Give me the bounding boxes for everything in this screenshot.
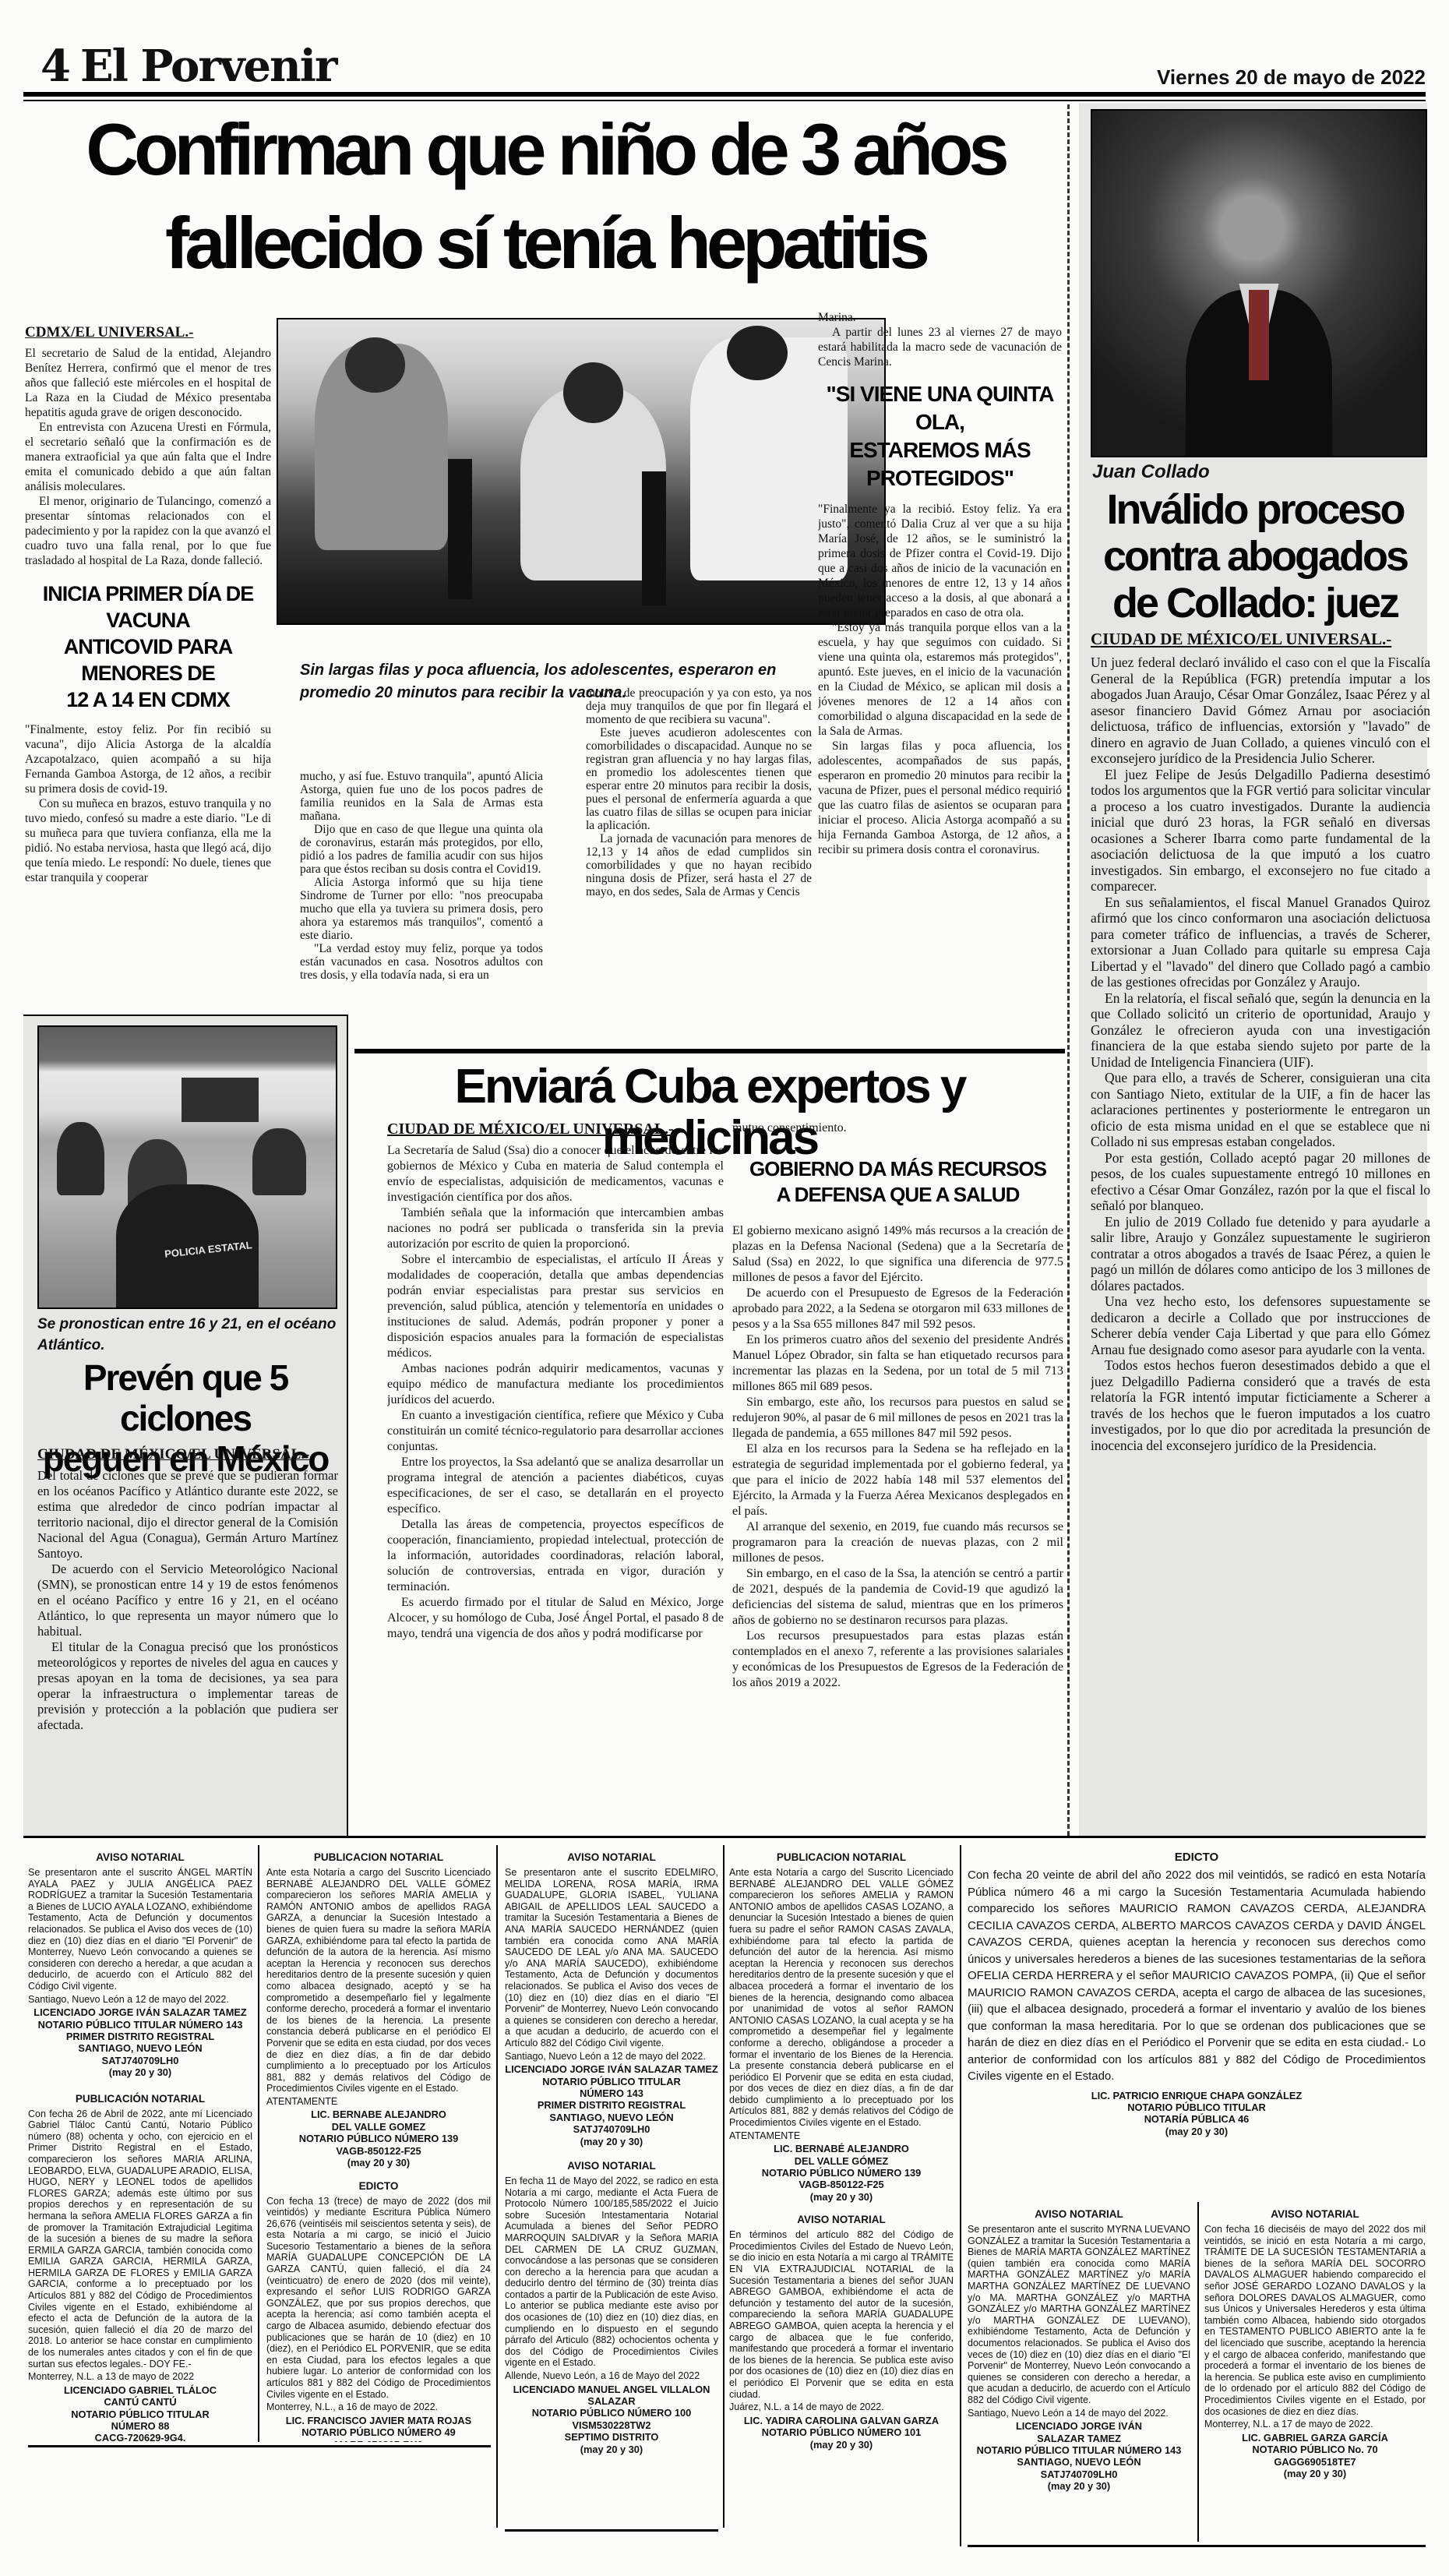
main-headline-line1: Confirman que niño de 3 años (31, 104, 1059, 195)
text-line: NOTARIO PÚBLICO NÚMERO 139 (729, 2167, 954, 2179)
wading-figure-silhouette (57, 1122, 104, 1195)
text-line: LIC. YADIRA CAROLINA GALVAN GARZA (729, 2415, 954, 2426)
main-headline-line2: fallecido sí tenía hepatitis (31, 198, 1059, 288)
collado-headline-line: de Collado: juez (1083, 580, 1427, 626)
text-line: VISM530228TW2 (505, 2419, 718, 2431)
head-silhouette (345, 337, 406, 392)
window-shape (182, 1078, 259, 1123)
text-line: NOTARIO PÚBLICO TITULAR NÚMERO 143 (968, 2444, 1190, 2456)
text-line: Que para ello, a través de Scherer, cons… (1091, 1070, 1430, 1150)
text-line: Se presentaron ante el suscrito MYRNA LU… (968, 2224, 1190, 2406)
text-line: En cuanto a investigación científica, re… (387, 1408, 724, 1455)
text-line: Este jueves acudieron adolescentes con c… (586, 726, 812, 832)
text-line: Sobre el intercambio de especialistas, e… (387, 1252, 724, 1361)
text-line: En fecha 11 de Mayo del 2022, se radico … (505, 2175, 718, 2369)
notice-col4: PUBLICACION NOTARIAL Ante esta Notaría a… (729, 1845, 954, 2525)
notice-bottom-rule (968, 2545, 1426, 2547)
text-line: NOTARIO PÚBLICO No. 70 (1204, 2444, 1426, 2455)
notice-body: Ante esta Notaría a cargo del Suscrito L… (266, 1867, 491, 2107)
text-line: LICENCIADO GABRIEL TLÁLOC (28, 2384, 252, 2396)
notice-col3: AVISO NOTARIAL Se presentaron ante el su… (505, 1845, 718, 2525)
text-line: Todos estos hechos fueron desestimados d… (1091, 1357, 1430, 1453)
classifieds-divider (496, 1845, 498, 2528)
text-line: El titular de la Conagua precisó que los… (37, 1639, 338, 1733)
text-line: El alza en los recursos para la Sedena s… (732, 1442, 1063, 1519)
notice-wide-edicto: EDICTO Con fecha 20 veinte de abril del … (968, 1845, 1426, 2197)
text-line: ANTICOVID PARA MENORES DE (25, 633, 271, 686)
text-line: Monterrey, N.L. a 13 de mayo de 2022 (28, 2371, 252, 2383)
text-line: VAGB-850122-F25 (729, 2179, 954, 2190)
text-line: LIC. BERNABE ALEJANDRO (266, 2108, 491, 2120)
text-line: mucho, y así fue. Estuvo tranquila", apu… (300, 770, 543, 823)
notice-body: Se presentaron ante el suscrito ÁNGEL MA… (28, 1867, 252, 2005)
collado-headline: Inválido proceso contra abogados de Coll… (1083, 486, 1427, 628)
text-line: Entre los proyectos, la Ssa adelantó que… (387, 1455, 724, 1517)
notice-header: AVISO NOTARIAL (505, 1851, 718, 1864)
police-jacket-text: POLICIA ESTATAL (164, 1239, 253, 1260)
text-line: Sin largas filas y poca afluencia, los a… (818, 739, 1062, 857)
collado-headline-line: contra abogados (1083, 533, 1427, 580)
text-line: Un juez federal declaró inválido el caso… (1091, 655, 1430, 767)
text-line: Sin embargo, en el caso de la Ssa, la at… (732, 1566, 1063, 1629)
text-line: NOTARIO PÚBLICO TITULAR (28, 2408, 252, 2420)
police-officer-silhouette: POLICIA ESTATAL (116, 1184, 259, 1309)
hepatitis-col2: mucho, y así fue. Estuvo tranquila", apu… (300, 770, 543, 1046)
text-line: DEL VALLE GÓMEZ (729, 2155, 954, 2167)
text-line: SALAZAR TAMEZ (968, 2433, 1190, 2444)
text-line: ESTAREMOS MÁS PROTEGIDOS" (818, 436, 1062, 492)
text-line: Ambas naciones podrán adquirir medicamen… (387, 1361, 724, 1408)
text-line: (may 20 y 30) (505, 2444, 718, 2455)
vaccine-subhead: INICIA PRIMER DÍA DE VACUNAANTICOVID PAR… (25, 580, 271, 713)
text-line: La Secretaría de Salud (Ssa) dio a conoc… (387, 1143, 724, 1205)
cyclones-dateline: CIUDAD DE MÉXICO/EL UNIVERSAL.- (37, 1446, 338, 1463)
text-line: (may 20 y 30) (505, 2136, 718, 2147)
text-line: NOTARIO PÚBLICO TITULAR (505, 2076, 718, 2087)
notice-body: Con fecha 13 (trece) de mayo de 2022 (do… (266, 2196, 491, 2413)
text-line: A partir del lunes 23 al viernes 27 de m… (818, 325, 1062, 369)
hepatitis-col3: motivo de preocupación y ya con esto, ya… (586, 686, 812, 1046)
text-line: motivo de preocupación y ya con esto, ya… (586, 686, 812, 726)
chair-leg-shape (642, 471, 666, 605)
cuba-colA-text: La Secretaría de Salud (Ssa) dio a conoc… (387, 1143, 724, 1808)
text-line: ATENTAMENTE (729, 2130, 954, 2142)
text-line: En términos del artículo 882 del Código … (729, 2229, 954, 2400)
text-line: GOBIERNO DA MÁS RECURSOS (732, 1156, 1063, 1182)
text-line: Es acuerdo firmado por el titular de Sal… (387, 1595, 724, 1642)
notice-col2: PUBLICACION NOTARIAL Ante esta Notaría a… (266, 1845, 491, 2442)
text-line: En los primeros cuatro años del sexenio … (732, 1332, 1063, 1395)
text-line: En entrevista con Azucena Uresti en Fórm… (25, 420, 271, 494)
text-line: LICENCIADO MANUEL ANGEL VILLALON (505, 2384, 718, 2395)
notice-col5: AVISO NOTARIAL Se presentaron ante el su… (968, 2202, 1190, 2543)
classifieds-top-rule (23, 1836, 1426, 1838)
notice-col1: AVISO NOTARIAL Se presentaron ante el su… (28, 1845, 252, 2442)
text-line: INICIA PRIMER DÍA DE VACUNA (25, 580, 271, 633)
text-line: Allende, Nuevo León, a 16 de Mayo del 20… (505, 2370, 718, 2382)
text-line: CANTÚ CANTÚ (28, 2396, 252, 2408)
notice-header: EDICTO (968, 1851, 1426, 1864)
quinta-ola-subhead: "SI VIENE UNA QUINTA OLA,ESTAREMOS MÁS P… (818, 380, 1062, 492)
text-line: Del total de ciclones que se prevé que s… (37, 1468, 338, 1561)
notice-header: AVISO NOTARIAL (968, 2208, 1190, 2221)
text-line: Con fecha 26 de Abril de 2022, ante mí L… (28, 2108, 252, 2370)
text-line: Monterrey, N.L. a 17 de mayo de 2022. (1204, 2419, 1426, 2430)
text-line: Con su muñeca en brazos, estuvo tranquil… (25, 796, 271, 885)
text-line: El gobierno mexicano asignó 149% más rec… (732, 1223, 1063, 1286)
classifieds-divider (258, 1845, 259, 2442)
text-line: Con fecha 20 veinte de abril del año 202… (968, 1867, 1426, 2085)
notice-header: PUBLICACION NOTARIAL (729, 1851, 954, 1864)
notice-header: AVISO NOTARIAL (28, 1851, 252, 1864)
notice-signature: LICENCIADO JORGE IVÁN SALAZAR TAMEZNOTAR… (505, 2063, 718, 2147)
notice-signature: LIC. BERNABÉ ALEJANDRODEL VALLE GÓMEZNOT… (729, 2143, 954, 2203)
text-line: "SI VIENE UNA QUINTA OLA, (818, 380, 1062, 436)
cuba-colA: CIUDAD DE MÉXICO/EL UNIVERSAL.- La Secre… (387, 1120, 724, 1808)
text-line: El juez Felipe de Jesús Delgadillo Padie… (1091, 767, 1430, 895)
text-line: NOTARIO PÚBLICO TITULAR (968, 2101, 1426, 2113)
text-line: LIC. GABRIEL GARZA GARCÍA (1204, 2432, 1426, 2444)
notice-signature: LIC. FRANCISCO JAVIER MATA ROJASNOTARIO … (266, 2415, 491, 2442)
text-line: De acuerdo con el Servicio Meteorológico… (37, 1561, 338, 1639)
text-line: MARF-670817-RK9 (266, 2439, 491, 2442)
text-line: (may 20 y 30) (28, 2066, 252, 2078)
text-line: GAGG690518TE7 (1204, 2456, 1426, 2468)
text-line: De acuerdo con el Presupuesto de Egresos… (732, 1286, 1063, 1332)
text-line: En la relatoría, el fiscal señaló que, s… (1091, 990, 1430, 1071)
cuba-dateline: CIUDAD DE MÉXICO/EL UNIVERSAL.- (387, 1120, 724, 1138)
text-line: NÚMERO 88 (28, 2420, 252, 2432)
text-line: (may 20 y 30) (968, 2126, 1426, 2137)
text-line: SALAZAR (505, 2395, 718, 2407)
masthead-title: El Porvenir (80, 41, 337, 92)
notice-bottom-rule (505, 2529, 718, 2532)
text-line: (may 20 y 30) (1204, 2468, 1426, 2479)
text-line: Ante esta Notaría a cargo del Suscrito L… (266, 1867, 491, 2094)
newspaper-page: 4 El Porvenir Viernes 20 de mayo de 2022… (0, 0, 1449, 2576)
notice-body: Con fecha 16 dieciséis de mayo del 2022 … (1204, 2224, 1426, 2430)
text-line: LIC. PATRICIO ENRIQUE CHAPA GONZÁLEZ (968, 2090, 1426, 2101)
text-line: Juárez, N.L. a 14 de mayo de 2022. (729, 2401, 954, 2413)
text-line: Con fecha 16 dieciséis de mayo del 2022 … (1204, 2224, 1426, 2417)
notice-signature: LICENCIADO JORGE IVÁNSALAZAR TAMEZNOTARI… (968, 2420, 1190, 2492)
text-line: El secretario de Salud de la entidad, Al… (25, 346, 271, 420)
text-line: PRIMER DISTRITO REGISTRAL (28, 2031, 252, 2042)
text-line: (may 20 y 30) (729, 2191, 954, 2203)
notice-body: Con fecha 20 veinte de abril del año 202… (968, 1867, 1426, 2085)
notice-body: Ante esta Notaría a cargo del Suscrito L… (729, 1867, 954, 2141)
text-line: "Finalmente ya la recibió. Estoy feliz. … (818, 502, 1062, 620)
text-line: El menor, originario de Tulancingo, come… (25, 494, 271, 568)
text-line: SEPTIMO DISTRITO (505, 2431, 718, 2443)
text-line: Ante esta Notaría a cargo del Suscrito L… (729, 1867, 954, 2129)
text-line: (may 20 y 30) (968, 2480, 1190, 2492)
text-line: SATJ740709LH0 (968, 2468, 1190, 2480)
classifieds-divider (723, 1845, 724, 2528)
text-line: NOTARIO PÚBLICO TITULAR NÚMERO 143 (28, 2019, 252, 2031)
text-line: SANTIAGO, NUEVO LEÓN (968, 2456, 1190, 2468)
girl-head-silhouette (563, 362, 624, 423)
issue-date: Viernes 20 de mayo de 2022 (1036, 65, 1426, 90)
notice-header: PUBLICACION NOTARIAL (266, 1851, 491, 1864)
cuba-colB-intro: mutuo consentimiento. (732, 1120, 1063, 1136)
text-line: Santiago, Nuevo León a 14 de mayo del 20… (968, 2408, 1190, 2419)
hepatitis-col4-text2: "Finalmente ya la recibió. Estoy feliz. … (818, 502, 1062, 857)
text-line: LICENCIADO JORGE IVÁN (968, 2420, 1190, 2432)
defensa-salud-subhead: GOBIERNO DA MÁS RECURSOSA DEFENSA QUE A … (732, 1156, 1063, 1208)
hepatitis-col4-text: Marina.A partir del lunes 23 al viernes … (818, 310, 1062, 369)
notice-header: AVISO NOTARIAL (505, 2160, 718, 2172)
text-line: DEL VALLE GOMEZ (266, 2121, 491, 2133)
hepatitis-dateline: CDMX/EL UNIVERSAL.- (25, 324, 271, 341)
text-line: LICENCIADO JORGE IVÁN SALAZAR TAMEZ (28, 2006, 252, 2018)
text-line: 12 A 14 EN CDMX (25, 686, 271, 713)
notice-signature: LICENCIADO MANUEL ANGEL VILLALONSALAZARN… (505, 2384, 718, 2455)
text-line: Los recursos presupuestados para estas p… (732, 1629, 1063, 1691)
notice-header: PUBLICACIÓN NOTARIAL (28, 2093, 252, 2105)
notice-body: En términos del artículo 882 del Código … (729, 2229, 954, 2413)
collado-photo-caption: Juan Collado (1092, 461, 1427, 483)
text-line: La jornada de vacunación para menores de… (586, 832, 812, 898)
classifieds-divider (960, 1845, 961, 2546)
column-dashed-divider (1067, 104, 1070, 1836)
text-line: Alicia Astorga informó que su hija tiene… (300, 876, 543, 942)
cuba-colB: mutuo consentimiento. GOBIERNO DA MÁS RE… (732, 1120, 1063, 1822)
notice-header: EDICTO (266, 2180, 491, 2193)
text-line: Con fecha 13 (trece) de mayo de 2022 (do… (266, 2196, 491, 2401)
text-line: NOTARIO PÚBLICO NÚMERO 101 (729, 2426, 954, 2438)
notice-signature: LIC. BERNABE ALEJANDRODEL VALLE GOMEZNOT… (266, 2108, 491, 2168)
text-line: LICENCIADO JORGE IVÁN SALAZAR TAMEZ (505, 2063, 718, 2075)
cyclones-body: Del total de ciclones que se prevé que s… (37, 1468, 338, 1828)
page-number: 4 (41, 41, 69, 92)
flood-photo-caption: Se pronostican entre 16 y 21, en el océa… (37, 1314, 338, 1356)
text-line: CACG-720629-9G4. (28, 2432, 252, 2442)
text-line: En sus señalamientos, el fiscal Manuel G… (1091, 895, 1430, 990)
text-line: A DEFENSA QUE A SALUD (732, 1182, 1063, 1208)
text-line: Se presentaron ante el suscrito ÁNGEL MA… (28, 1867, 252, 1992)
text-line: VAGB-850122-F25 (266, 2145, 491, 2157)
text-line: Marina. (818, 310, 1062, 325)
notice-body: Con fecha 26 de Abril de 2022, ante mí L… (28, 2108, 252, 2383)
notice-body: Se presentaron ante el suscrito MYRNA LU… (968, 2224, 1190, 2419)
text-line: NÚMERO 143 (505, 2087, 718, 2099)
hepatitis-col4: Marina.A partir del lunes 23 al viernes … (818, 310, 1062, 1046)
notice-col6: AVISO NOTARIAL Con fecha 16 dieciséis de… (1204, 2202, 1426, 2543)
notice-header: AVISO NOTARIAL (729, 2214, 954, 2226)
collado-headline-line: Inválido proceso (1083, 486, 1427, 533)
text-line: Detalla las áreas de competencia, proyec… (387, 1517, 724, 1595)
flood-photo: POLICIA ESTATAL (37, 1025, 337, 1309)
text-line: NOTARIO PÚBLICO NÚMERO 100 (505, 2407, 718, 2419)
text-line: SANTIAGO, NUEVO LEÓN (28, 2042, 252, 2054)
text-line: Santiago, Nuevo León a 12 de mayo del 20… (28, 1994, 252, 2006)
notice-header: AVISO NOTARIAL (1204, 2208, 1426, 2221)
header-rule-thin (23, 100, 1426, 101)
header-rule-thick (23, 92, 1426, 97)
notice-signature: LIC. GABRIEL GARZA GARCÍANOTARIO PÚBLICO… (1204, 2432, 1426, 2480)
text-line: SATJ740709LH0 (505, 2123, 718, 2135)
text-line: "Estoy ya más tranquila porque ellos van… (818, 620, 1062, 739)
text-line: NOTARIO PÚBLICO NÚMERO 139 (266, 2133, 491, 2144)
notice-signature: LICENCIADO GABRIEL TLÁLOCCANTÚ CANTÚNOTA… (28, 2384, 252, 2442)
notice-signature: LICENCIADO JORGE IVÁN SALAZAR TAMEZNOTAR… (28, 2006, 252, 2078)
text-line: ATENTAMENTE (266, 2096, 491, 2108)
cuba-top-rule (354, 1049, 1065, 1053)
hepatitis-col1: CDMX/EL UNIVERSAL.- El secretario de Sal… (25, 324, 271, 885)
text-line: También señala que la información que in… (387, 1205, 724, 1252)
cuba-colB-text: El gobierno mexicano asignó 149% más rec… (732, 1223, 1063, 1691)
hepatitis-col1-text2: "Finalmente, estoy feliz. Por fin recibi… (25, 722, 271, 885)
notice-signature: LIC. PATRICIO ENRIQUE CHAPA GONZÁLEZNOTA… (968, 2090, 1426, 2138)
text-line: (may 20 y 30) (266, 2157, 491, 2168)
text-line: "La verdad estoy muy feliz, porque ya to… (300, 942, 543, 982)
text-line: NOTARIO PÚBLICO NÚMERO 49 (266, 2426, 491, 2438)
text-line: (may 20 y 30) (729, 2439, 954, 2451)
text-line: SANTIAGO, NUEVO LEÓN (505, 2112, 718, 2123)
wading-figure-silhouette (252, 1128, 306, 1195)
notice-signature: LIC. YADIRA CAROLINA GALVAN GARZANOTARIO… (729, 2415, 954, 2451)
hepatitis-col1-text: El secretario de Salud de la entidad, Al… (25, 346, 271, 568)
text-line: Una vez hecho esto, los defensores supue… (1091, 1293, 1430, 1357)
vaccination-photo (277, 318, 886, 625)
text-line: LIC. BERNABÉ ALEJANDRO (729, 2143, 954, 2154)
notice-body: En fecha 11 de Mayo del 2022, se radico … (505, 2175, 718, 2382)
text-line: En julio de 2019 Collado fue detenido y … (1091, 1214, 1430, 1294)
nurse-head-silhouette (727, 326, 788, 380)
text-line: PRIMER DISTRITO REGISTRAL (505, 2099, 718, 2111)
cyclones-headline-line: Prevén que 5 ciclones (28, 1357, 343, 1438)
text-line: Dijo que en caso de que llegue una quint… (300, 823, 543, 876)
text-line: Por esta gestión, Collado aceptó pagar 2… (1091, 1150, 1430, 1214)
text-line: LIC. FRANCISCO JAVIER MATA ROJAS (266, 2415, 491, 2426)
chair-leg-shape (448, 459, 472, 598)
text-line: "Finalmente, estoy feliz. Por fin recibi… (25, 722, 271, 796)
collado-body: Un juez federal declaró inválido el caso… (1091, 655, 1430, 1828)
collado-photo (1091, 109, 1427, 457)
text-line: Santiago, Nuevo León a 12 de mayo del 20… (505, 2051, 718, 2063)
text-line: Al arranque del sexenio, en 2019, fue cu… (732, 1519, 1063, 1566)
masthead: 4 El Porvenir (41, 41, 586, 92)
tie-shape (1249, 290, 1269, 379)
text-line: Monterrey, N.L., a 16 de mayo de 2022. (266, 2401, 491, 2413)
text-line: Sin embargo, este año, los recursos para… (732, 1395, 1063, 1442)
text-line: Se presentaron ante el suscrito EDELMIRO… (505, 1867, 718, 2049)
classifieds-divider (1197, 2202, 1199, 2542)
notice-bottom-rule (28, 2445, 491, 2447)
text-line: SATJ740709LH0 (28, 2055, 252, 2066)
text-line: NOTARÍA PÚBLICA 46 (968, 2113, 1426, 2125)
notice-body: Se presentaron ante el suscrito EDELMIRO… (505, 1867, 718, 2062)
collado-dateline: CIUDAD DE MÉXICO/EL UNIVERSAL.- (1091, 630, 1430, 649)
